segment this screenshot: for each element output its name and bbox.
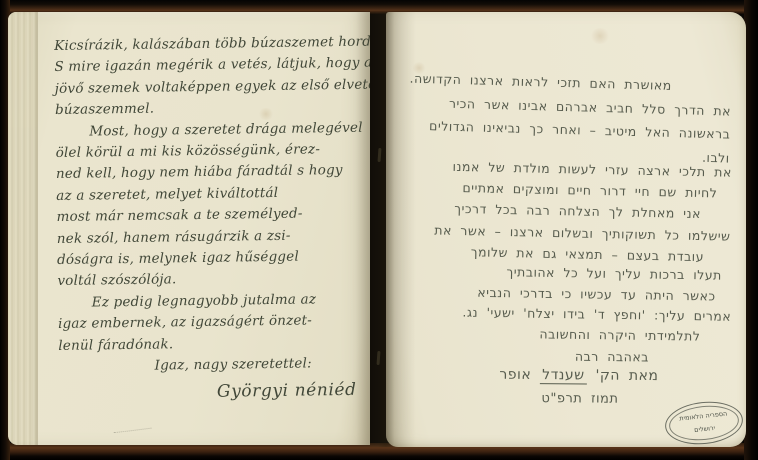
hebrew-paragraph-2: את תלכי ארצה עזרי לעשות מולדת של אמנו לח… [386, 154, 746, 268]
page-fore-edge-stack [8, 12, 38, 445]
signature-suffix: אופר [499, 367, 531, 383]
signature-hungarian: Györgyi néniéd [217, 379, 370, 403]
handwritten-line: Most, hogy a szeretet drága melegével [55, 117, 370, 143]
pencil-smudge [112, 418, 151, 434]
scanned-album-photo: Kicsírázik, kalászában több búzaszemet h… [0, 0, 758, 460]
signature-hebrew: מאת הק' שענדל אופר [401, 366, 746, 385]
right-page: מאושרת האם תזכי לראות ארצנו הקדושה. את ה… [386, 12, 746, 447]
hebrew-paragraph-1: מאושרת האם תזכי לראות ארצנו הקדושה. את ה… [386, 66, 746, 170]
signature-name: שענדל [540, 367, 587, 384]
left-page: Kicsírázik, kalászában több búzaszemet h… [8, 12, 370, 445]
binding-stitch [378, 148, 382, 162]
hebrew-paragraph-3: תעלו ברכות עליך ועל כל אהובתיך כאשר היתה… [386, 260, 746, 327]
hungarian-text-block: Kicsírázik, kalászában több búzaszemet h… [54, 32, 370, 405]
handwritten-line: אמרים עליך: 'וחפץ ד' בידו יצלח' ישעי' נג… [395, 302, 731, 328]
handwritten-line: ned kell, hogy nem hiába fáradtál s hogy [56, 160, 370, 186]
foxing-spot [412, 62, 426, 74]
binding-stitch [377, 351, 381, 365]
dedication-line: לתלמידתי היקרה והחשובה [442, 325, 746, 345]
foxing-spot [590, 28, 610, 44]
valediction-line: באהבה רבה [434, 347, 746, 366]
closing-line: Igaz, nagy szeretettel: [58, 353, 370, 379]
foxing-spot [258, 108, 274, 120]
signature-prefix: מאת הק' [595, 368, 658, 385]
book-cover-right-edge [744, 0, 758, 460]
